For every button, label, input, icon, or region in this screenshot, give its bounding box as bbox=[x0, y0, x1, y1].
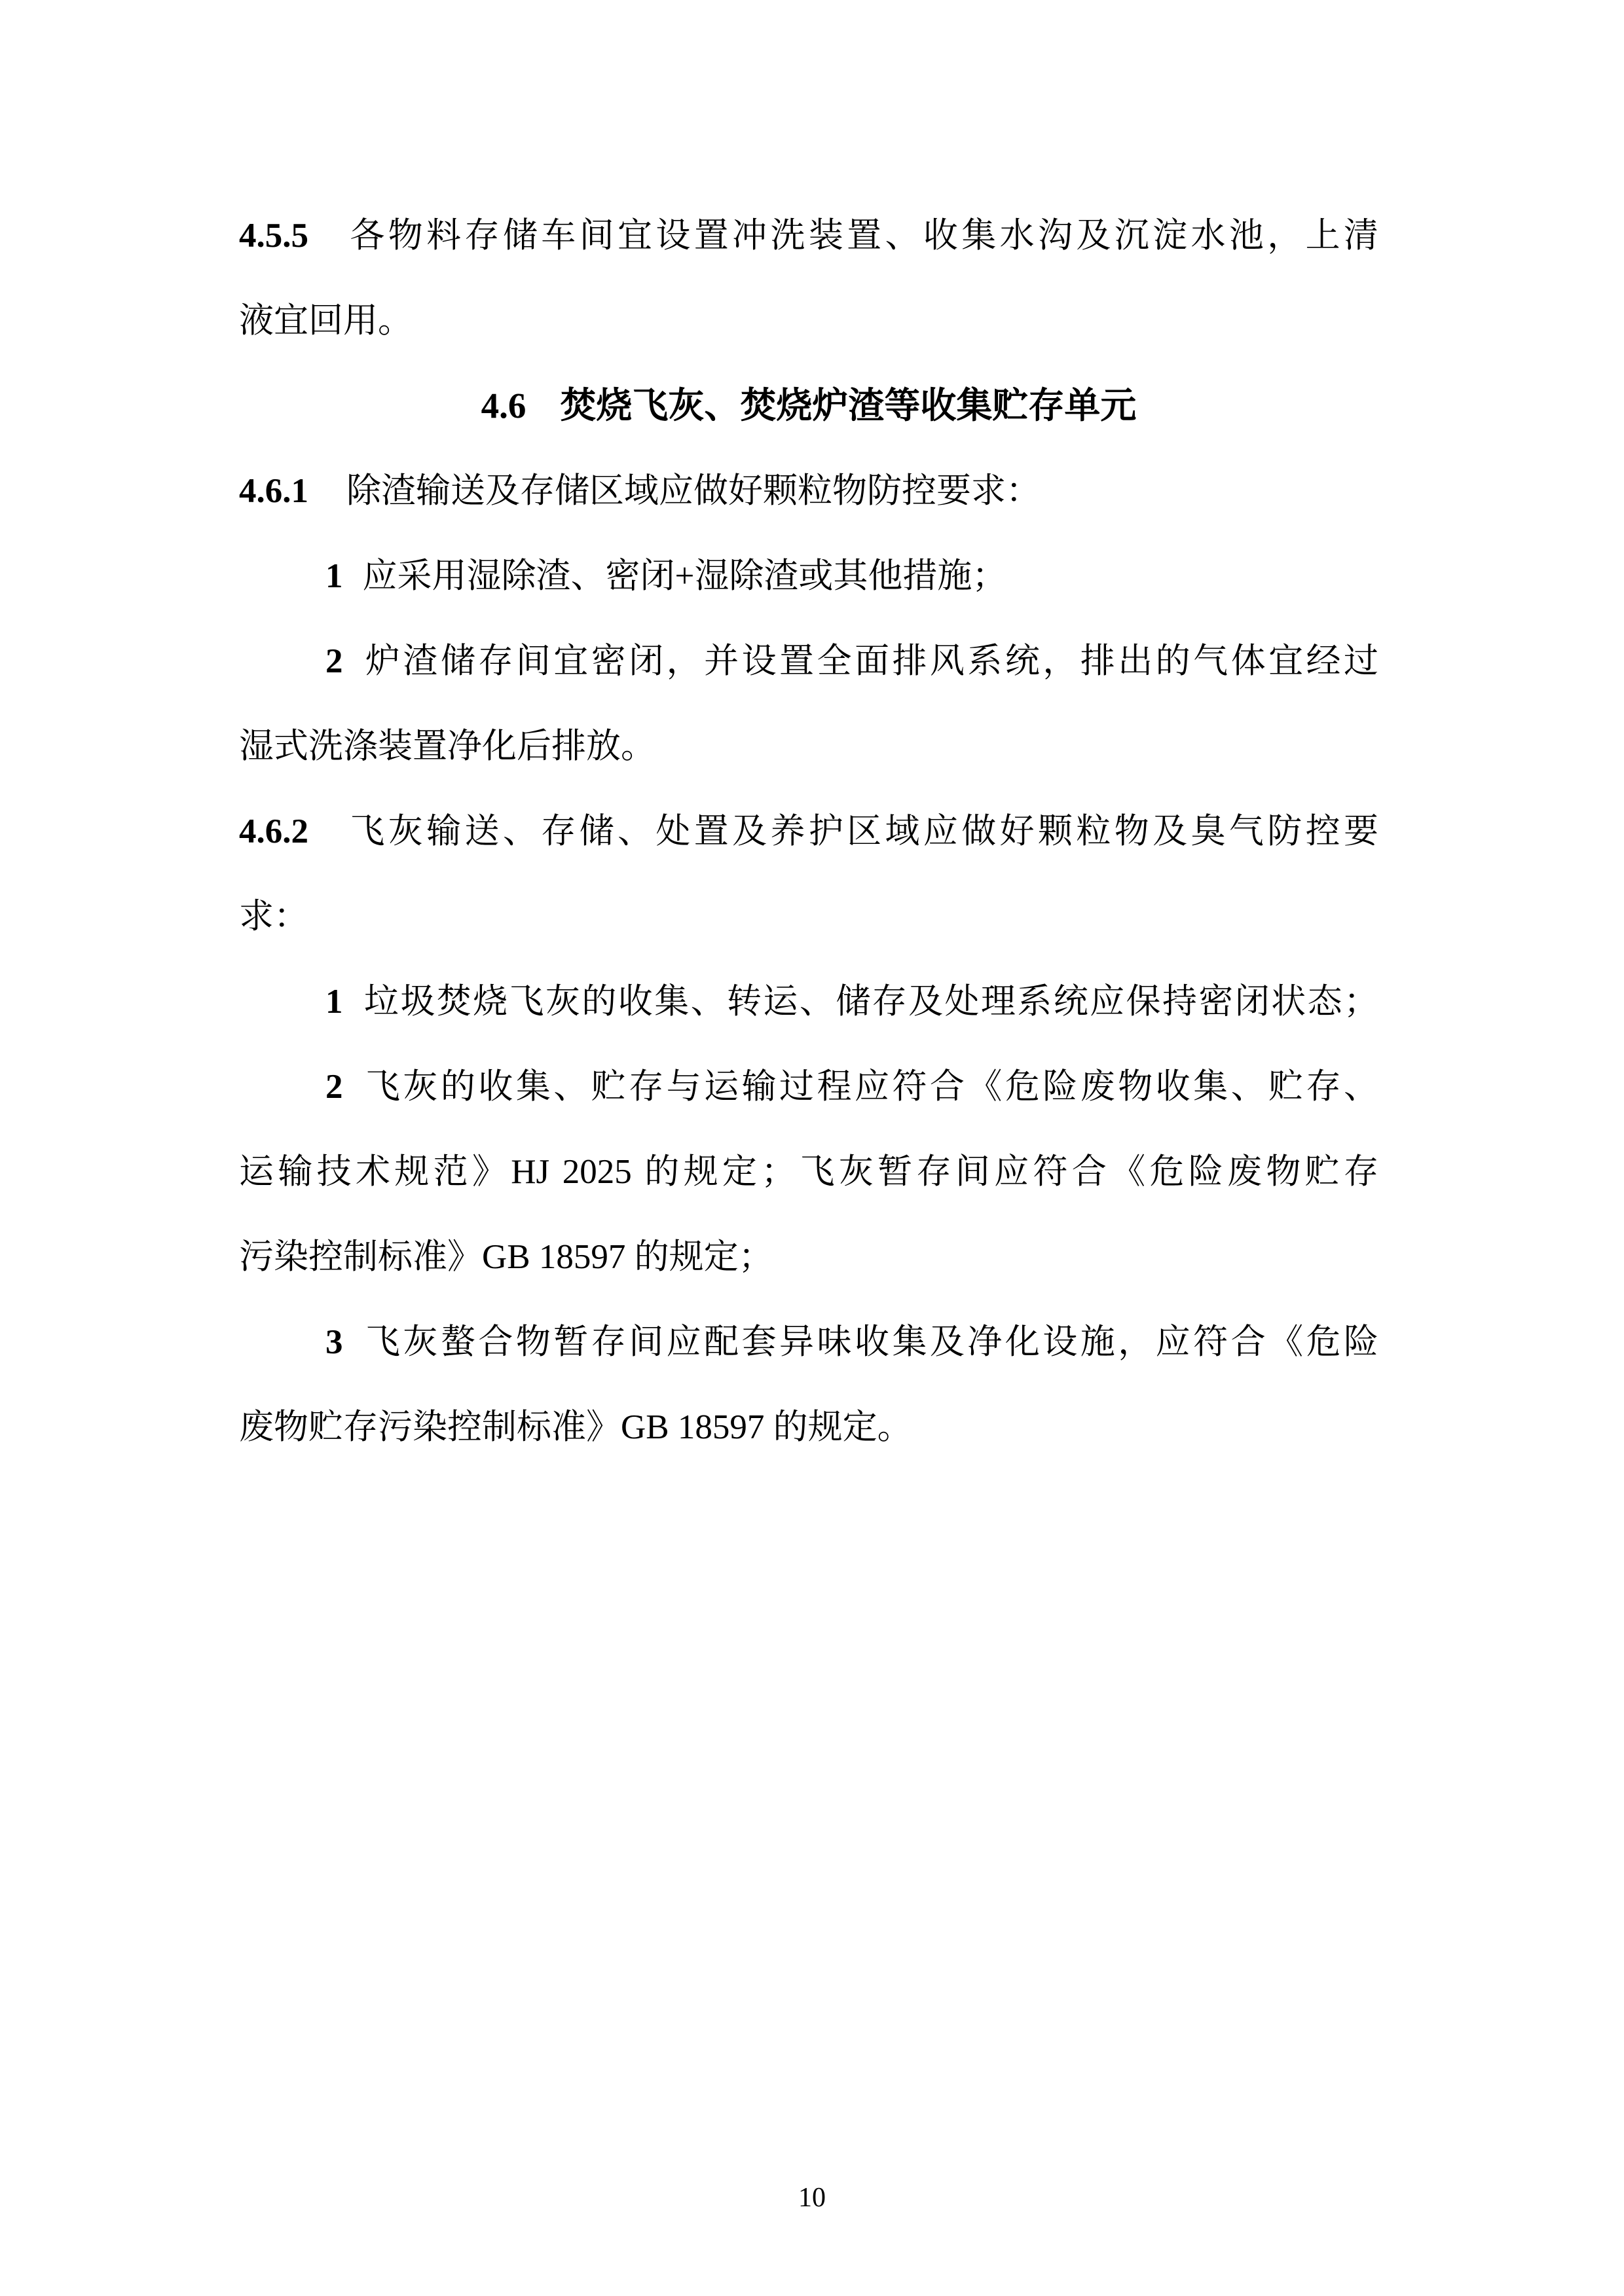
item-line: 2炉渣储存间宜密闭，并设置全面排风系统，排出的气体宜经过 bbox=[239, 619, 1378, 704]
line-text: 炉渣储存间宜密闭，并设置全面排风系统，排出的气体宜经过 bbox=[363, 642, 1379, 680]
line-text: 飞灰输送、存储、处置及养护区域应做好颗粒物及臭气防控要 bbox=[346, 812, 1378, 850]
number-text-gap bbox=[308, 246, 346, 247]
continuation-line: 污染控制标准》GB 18597 的规定； bbox=[239, 1214, 1378, 1300]
item-line: 1垃圾焚烧飞灰的收集、转运、储存及处理系统应保持密闭状态； bbox=[239, 959, 1378, 1044]
clause-number: 4.5.5 bbox=[239, 217, 308, 255]
clause-line: 4.5.5各物料存储车间宜设置冲洗装置、收集水沟及沉淀水池，上清 bbox=[239, 193, 1378, 278]
continuation-line: 求： bbox=[239, 874, 1378, 959]
item-line: 3飞灰螯合物暂存间应配套异味收集及净化设施，应符合《危险 bbox=[239, 1300, 1378, 1385]
continuation-line: 运输技术规范》HJ 2025 的规定；飞灰暂存间应符合《危险废物贮存 bbox=[239, 1129, 1378, 1214]
clause-number: 1 bbox=[325, 983, 343, 1021]
continuation-line: 湿式洗涤装置净化后排放。 bbox=[239, 704, 1378, 789]
clause-number: 3 bbox=[325, 1323, 343, 1361]
clause-number: 4.6.2 bbox=[239, 812, 308, 850]
line-text: 垃圾焚烧飞灰的收集、转运、储存及处理系统应保持密闭状态； bbox=[363, 983, 1379, 1021]
number-text-gap bbox=[343, 1097, 363, 1098]
line-text: 焚烧飞灰、焚烧炉渣等收集贮存单元 bbox=[560, 386, 1136, 426]
page-number: 10 bbox=[798, 2183, 826, 2213]
text-block: 4.5.5各物料存储车间宜设置冲洗装置、收集水沟及沉淀水池，上清液宜回用。4.6… bbox=[239, 193, 1378, 1470]
continuation-line: 液宜回用。 bbox=[239, 278, 1378, 363]
item-line: 2飞灰的收集、贮存与运输过程应符合《危险废物收集、贮存、 bbox=[239, 1044, 1378, 1129]
number-text-gap bbox=[526, 417, 560, 418]
clause-number: 4.6.1 bbox=[239, 472, 308, 510]
clause-number: 1 bbox=[325, 557, 343, 595]
number-text-gap bbox=[308, 501, 346, 502]
line-text: 飞灰螯合物暂存间应配套异味收集及净化设施，应符合《危险 bbox=[363, 1323, 1379, 1361]
clause-number: 4.6 bbox=[481, 386, 526, 426]
continuation-line: 废物贮存污染控制标准》GB 18597 的规定。 bbox=[239, 1385, 1378, 1470]
line-text: 应采用湿除渣、密闭+湿除渣或其他措施； bbox=[363, 557, 1007, 595]
clause-line: 4.6.1除渣输送及存储区域应做好颗粒物防控要求： bbox=[239, 448, 1378, 534]
line-text: 飞灰的收集、贮存与运输过程应符合《危险废物收集、贮存、 bbox=[363, 1068, 1379, 1106]
page-footer: 10 bbox=[0, 2178, 1624, 2217]
number-text-gap bbox=[343, 672, 363, 672]
number-text-gap bbox=[308, 842, 346, 843]
line-text: 各物料存储车间宜设置冲洗装置、收集水沟及沉淀水池，上清 bbox=[346, 217, 1378, 255]
clause-number: 2 bbox=[325, 642, 343, 680]
section-heading: 4.6焚烧飞灰、焚烧炉渣等收集贮存单元 bbox=[239, 363, 1378, 448]
item-line: 1应采用湿除渣、密闭+湿除渣或其他措施； bbox=[239, 534, 1378, 619]
number-text-gap bbox=[343, 1012, 363, 1013]
number-text-gap bbox=[343, 587, 363, 587]
number-text-gap bbox=[343, 1353, 363, 1353]
clause-line: 4.6.2飞灰输送、存储、处置及养护区域应做好颗粒物及臭气防控要 bbox=[239, 789, 1378, 874]
clause-number: 2 bbox=[325, 1068, 343, 1106]
line-text: 除渣输送及存储区域应做好颗粒物防控要求： bbox=[346, 472, 1041, 510]
document-page: 4.5.5各物料存储车间宜设置冲洗装置、收集水沟及沉淀水池，上清液宜回用。4.6… bbox=[0, 0, 1624, 2296]
